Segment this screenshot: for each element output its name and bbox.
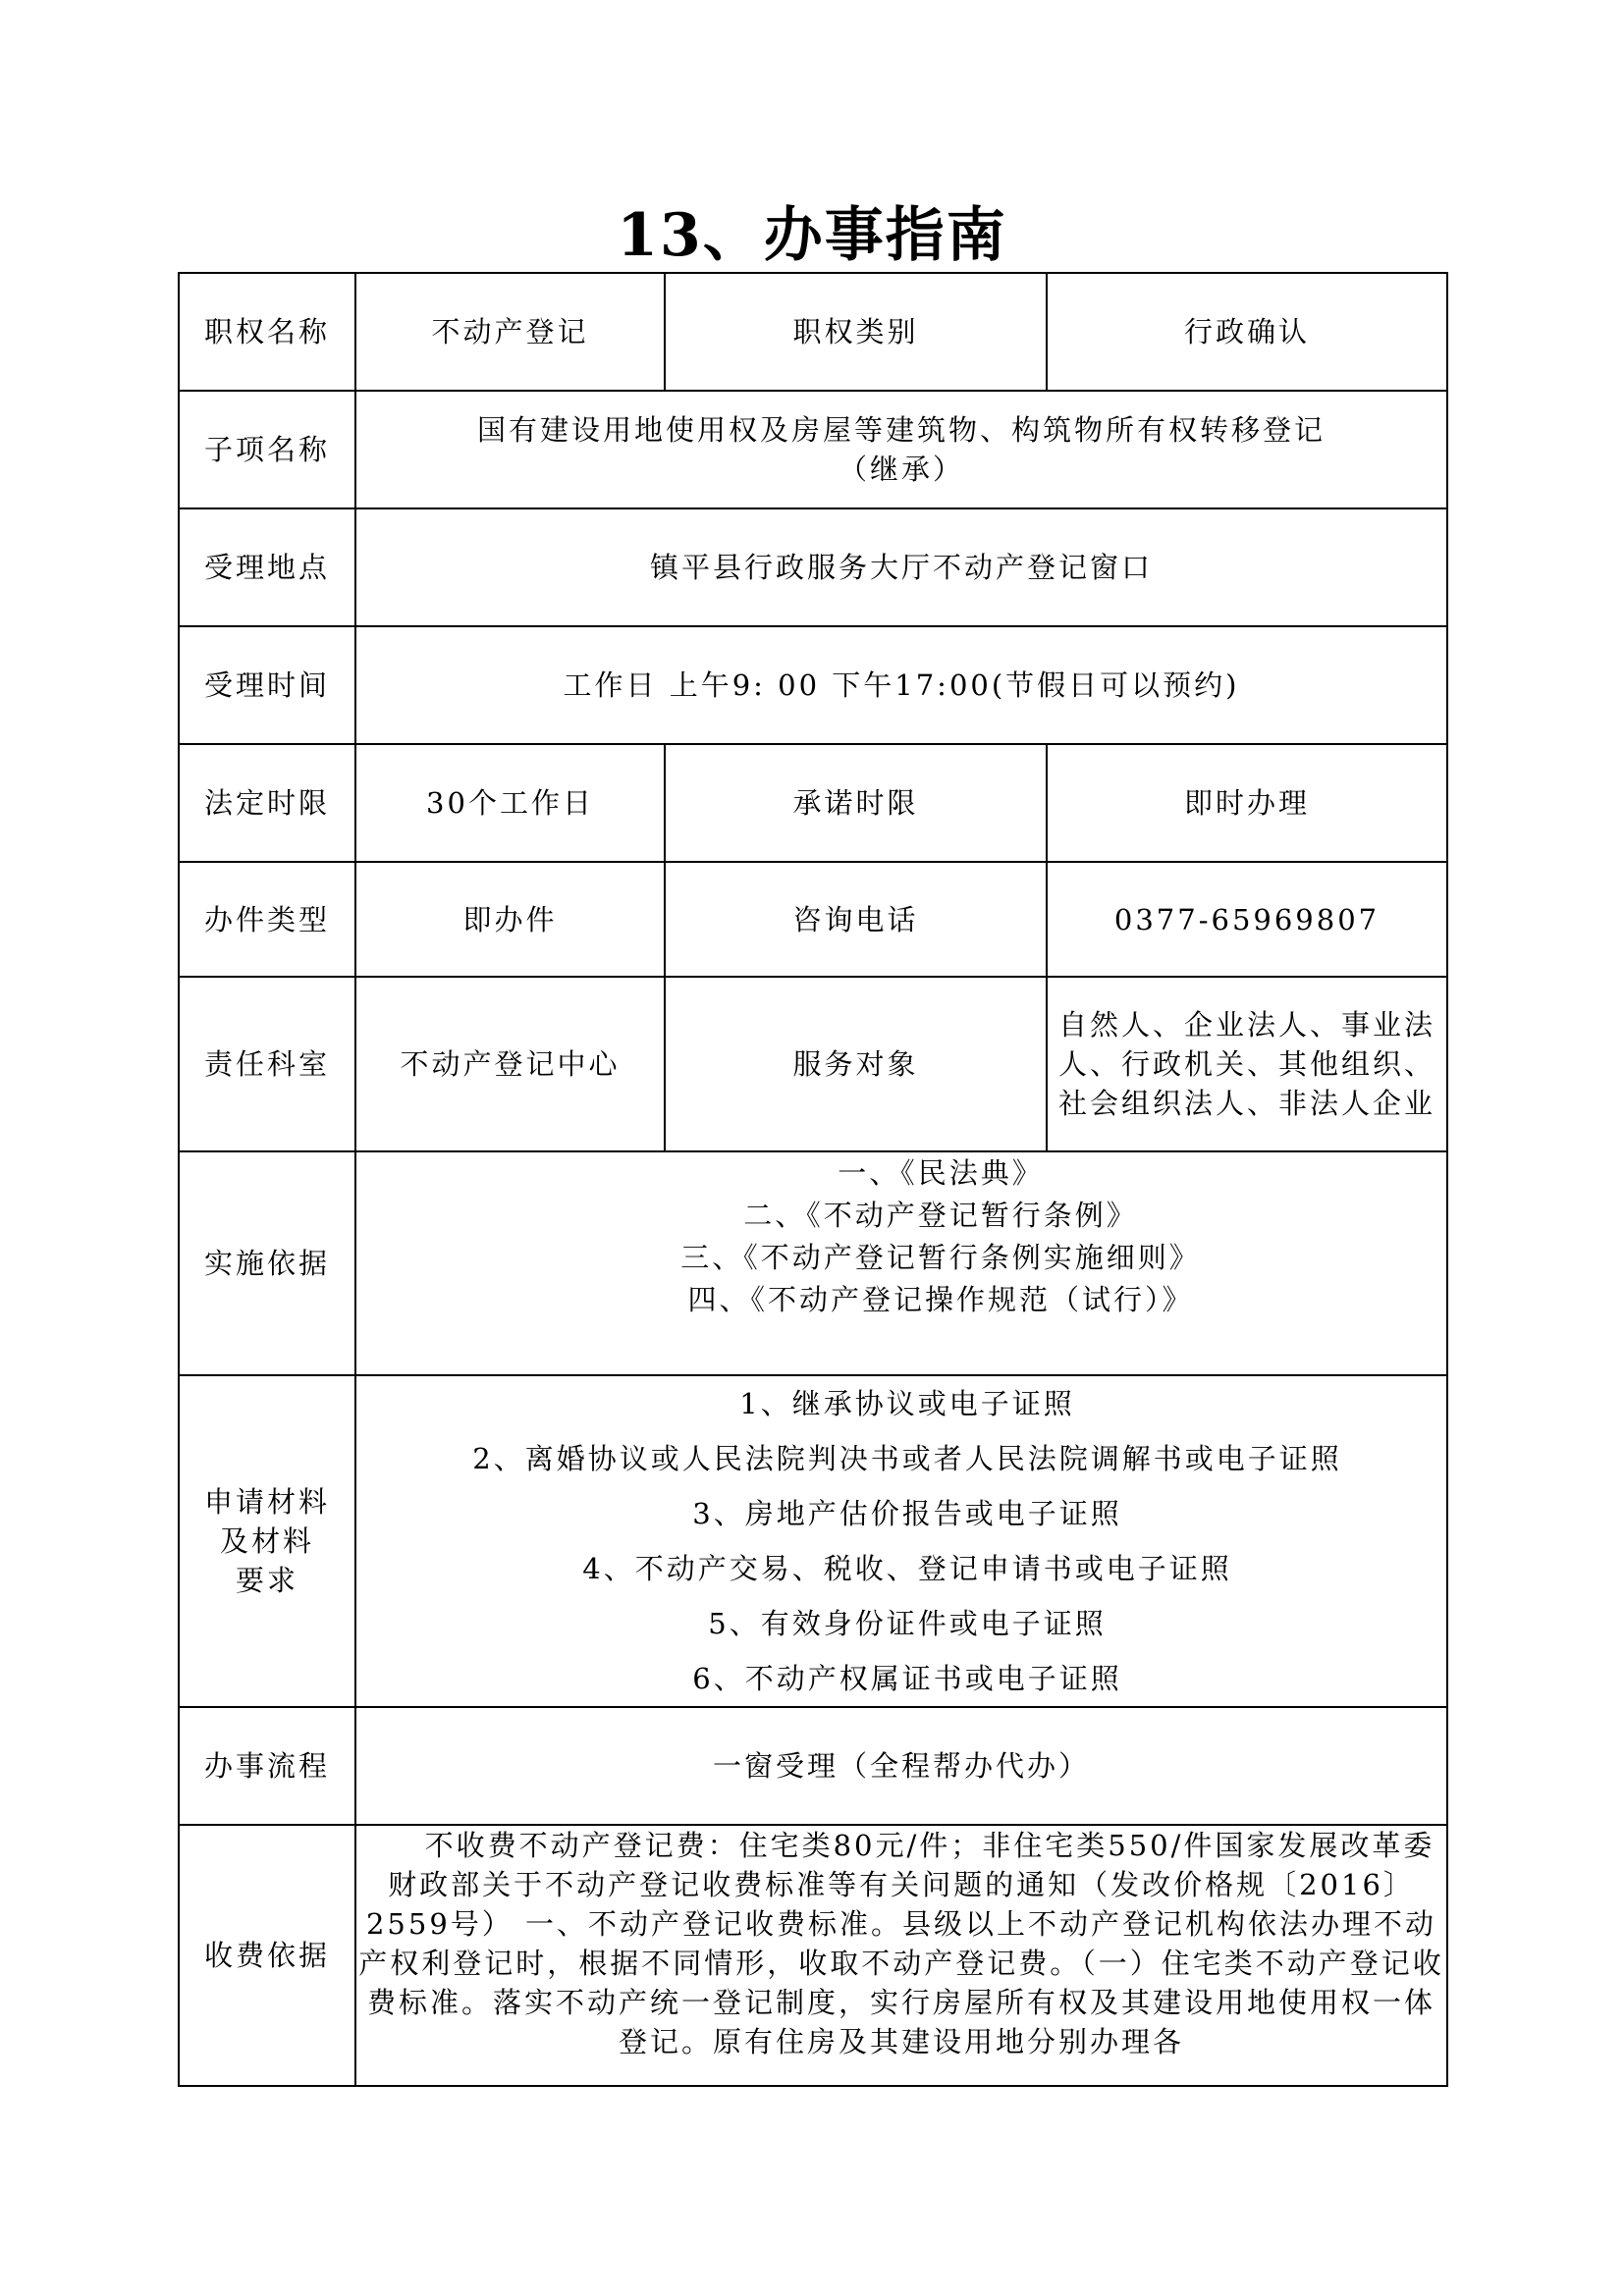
row-location: 受理地点 镇平县行政服务大厅不动产登记窗口 <box>179 508 1447 626</box>
row-materials: 申请材料 及材料 要求 1、继承协议或电子证照 2、离婚协议或人民法院判决书或者… <box>179 1375 1447 1707</box>
basis-list: 一、《民法典》 二、《不动产登记暂行条例》 三、《不动产登记暂行条例实施细则》 … <box>356 1152 1446 1321</box>
row-sub-item: 子项名称 国有建设用地使用权及房屋等建筑物、构筑物所有权转移登记 （继承） <box>179 391 1447 508</box>
label-fee-basis: 收费依据 <box>179 1825 355 2086</box>
material-item: 5、有效身份证件或电子证照 <box>356 1596 1446 1651</box>
value-materials: 1、继承协议或电子证照 2、离婚协议或人民法院判决书或者人民法院调解书或电子证照… <box>355 1375 1447 1707</box>
value-basis: 一、《民法典》 二、《不动产登记暂行条例》 三、《不动产登记暂行条例实施细则》 … <box>355 1151 1447 1375</box>
label-materials-line2: 及材料 <box>180 1522 354 1561</box>
basis-item: 三、《不动产登记暂行条例实施细则》 <box>435 1237 1446 1279</box>
basis-item: 四、《不动产登记操作规范（试行）》 <box>435 1279 1446 1321</box>
label-case-type: 办件类型 <box>179 862 355 977</box>
label-phone: 咨询电话 <box>665 862 1047 977</box>
basis-item: 一、《民法典》 <box>435 1152 1446 1195</box>
label-service-target: 服务对象 <box>665 977 1047 1151</box>
value-department: 不动产登记中心 <box>355 977 665 1151</box>
row-authority-name: 职权名称 不动产登记 职权类别 行政确认 <box>179 273 1447 391</box>
value-authority-category: 行政确认 <box>1047 273 1447 391</box>
fee-basis-text: 不收费不动产登记费：住宅类80元/件；非住宅类550/件国家发展改革委 财政部关… <box>356 1826 1446 2061</box>
value-service-target: 自然人、企业法人、事业法人、行政机关、其他组织、社会组织法人、非法人企业 <box>1047 977 1447 1151</box>
value-case-type: 即办件 <box>355 862 665 977</box>
label-process: 办事流程 <box>179 1707 355 1825</box>
service-guide-table: 职权名称 不动产登记 职权类别 行政确认 子项名称 国有建设用地使用权及房屋等建… <box>178 272 1448 2087</box>
value-promised-time-limit: 即时办理 <box>1047 744 1447 862</box>
material-item: 1、继承协议或电子证照 <box>356 1376 1446 1431</box>
label-hours: 受理时间 <box>179 626 355 744</box>
material-item: 4、不动产交易、税收、登记申请书或电子证照 <box>356 1541 1446 1596</box>
label-legal-time-limit: 法定时限 <box>179 744 355 862</box>
row-time-limit: 法定时限 30个工作日 承诺时限 即时办理 <box>179 744 1447 862</box>
value-process: 一窗受理（全程帮办代办） <box>355 1707 1447 1825</box>
label-department: 责任科室 <box>179 977 355 1151</box>
value-legal-time-limit: 30个工作日 <box>355 744 665 862</box>
sub-item-line1: 国有建设用地使用权及房屋等建筑物、构筑物所有权转移登记 <box>356 410 1446 450</box>
label-sub-item: 子项名称 <box>179 391 355 508</box>
row-basis: 实施依据 一、《民法典》 二、《不动产登记暂行条例》 三、《不动产登记暂行条例实… <box>179 1151 1447 1375</box>
value-fee-basis: 不收费不动产登记费：住宅类80元/件；非住宅类550/件国家发展改革委 财政部关… <box>355 1825 1447 2086</box>
sub-item-line2: （继承） <box>356 450 1446 489</box>
material-item: 3、房地产估价报告或电子证照 <box>356 1486 1446 1541</box>
label-promised-time-limit: 承诺时限 <box>665 744 1047 862</box>
row-department: 责任科室 不动产登记中心 服务对象 自然人、企业法人、事业法人、行政机关、其他组… <box>179 977 1447 1151</box>
material-item: 6、不动产权属证书或电子证照 <box>356 1651 1446 1706</box>
row-fee-basis: 收费依据 不收费不动产登记费：住宅类80元/件；非住宅类550/件国家发展改革委… <box>179 1825 1447 2086</box>
label-materials-line3: 要求 <box>180 1561 354 1600</box>
label-basis: 实施依据 <box>179 1151 355 1375</box>
label-location: 受理地点 <box>179 508 355 626</box>
row-case-type: 办件类型 即办件 咨询电话 0377-65969807 <box>179 862 1447 977</box>
value-hours: 工作日 上午9: 00 下午17:00(节假日可以预约) <box>355 626 1447 744</box>
label-materials-line1: 申请材料 <box>180 1482 354 1522</box>
basis-item: 二、《不动产登记暂行条例》 <box>435 1195 1446 1237</box>
page-title: 13、办事指南 <box>0 196 1624 275</box>
label-authority-category: 职权类别 <box>665 273 1047 391</box>
value-phone: 0377-65969807 <box>1047 862 1447 977</box>
row-process: 办事流程 一窗受理（全程帮办代办） <box>179 1707 1447 1825</box>
label-authority-name: 职权名称 <box>179 273 355 391</box>
value-sub-item: 国有建设用地使用权及房屋等建筑物、构筑物所有权转移登记 （继承） <box>355 391 1447 508</box>
value-authority-name: 不动产登记 <box>355 273 665 391</box>
row-hours: 受理时间 工作日 上午9: 00 下午17:00(节假日可以预约) <box>179 626 1447 744</box>
material-item: 2、离婚协议或人民法院判决书或者人民法院调解书或电子证照 <box>356 1431 1446 1486</box>
value-location: 镇平县行政服务大厅不动产登记窗口 <box>355 508 1447 626</box>
label-materials: 申请材料 及材料 要求 <box>179 1375 355 1707</box>
